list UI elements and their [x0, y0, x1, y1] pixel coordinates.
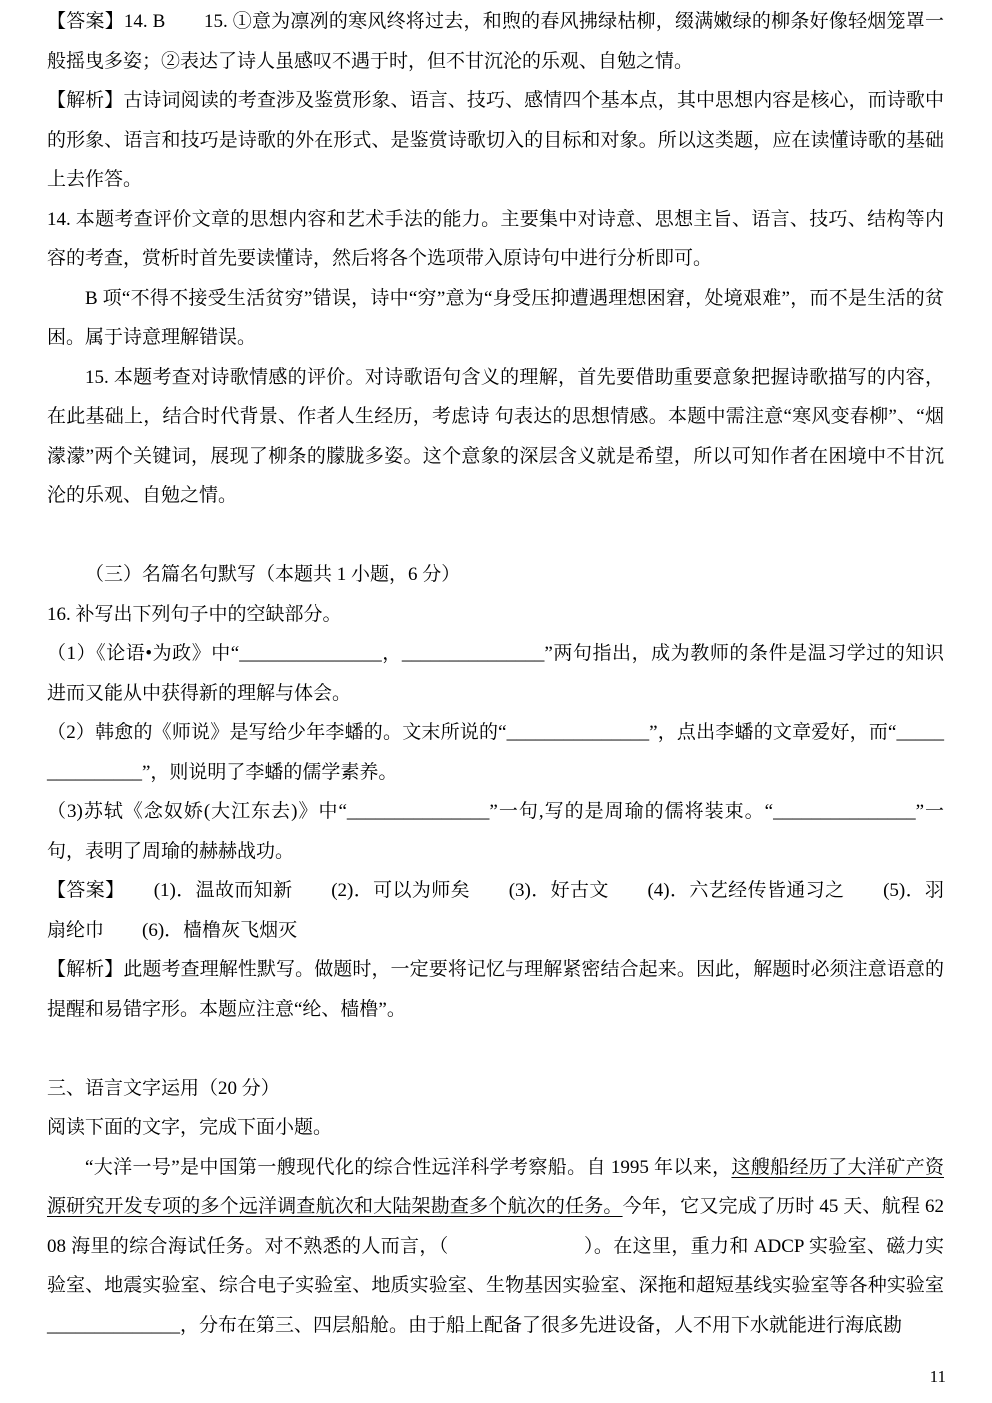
q16-item-2: （2）韩愈的《师说》是写给少年李蟠的。文末所说的“_______________…: [47, 713, 944, 792]
text-run: 三、语言文字运用（20 分）: [47, 1078, 280, 1099]
text-run: 14. 本题考查评价文章的思想内容和艺术手法的能力。主要集中对诗意、思想主旨、语…: [47, 209, 944, 270]
q16-item-3: （3)苏轼《念奴娇(大江东去)》中“_______________”一句,写的是…: [47, 792, 944, 871]
page-number: 11: [930, 1367, 946, 1387]
text-run: （三）名篇名句默写（本题共 1 小题，6 分）: [85, 564, 460, 585]
text-run: 【解析】古诗词阅读的考查涉及鉴赏形象、语言、技巧、感情四个基本点，其中思想内容是…: [47, 90, 944, 190]
section-3-heading: （三）名篇名句默写（本题共 1 小题，6 分）: [47, 555, 944, 595]
q16-item-1: （1）《论语•为政》中“_______________，____________…: [47, 634, 944, 713]
analysis-q14-option-b: B 项“不得不接受生活贫穷”错误，诗中“穷”意为“身受压抑遭遇理想困窘，处境艰难…: [47, 279, 944, 358]
text-run: B 项“不得不接受生活贫穷”错误，诗中“穷”意为“身受压抑遭遇理想困窘，处境艰难…: [47, 288, 944, 349]
text-run: 16. 补写出下列句子中的空缺部分。: [47, 604, 342, 625]
text-run: 【解析】此题考查理解性默写。做题时，一定要将记忆与理解紧密结合起来。因此，解题时…: [47, 959, 944, 1020]
text-run: “大洋一号”是中国第一艘现代化的综合性远洋科学考察船。自 1995 年以来，: [85, 1157, 731, 1178]
document-page: 【答案】14. B 15. ①意为凛冽的寒风终将过去，和煦的春风拂绿枯柳，缀满嫩…: [0, 0, 992, 1403]
reading-instruction: 阅读下面的文字，完成下面小题。: [47, 1108, 944, 1148]
document-body: 【答案】14. B 15. ①意为凛冽的寒风终将过去，和煦的春风拂绿枯柳，缀满嫩…: [47, 2, 944, 1345]
q16-stem: 16. 补写出下列句子中的空缺部分。: [47, 595, 944, 635]
analysis-overview: 【解析】古诗词阅读的考查涉及鉴赏形象、语言、技巧、感情四个基本点，其中思想内容是…: [47, 81, 944, 200]
text-run: （3)苏轼《念奴娇(大江东去)》中“_______________”一句,写的是…: [47, 801, 944, 862]
analysis-q14: 14. 本题考查评价文章的思想内容和艺术手法的能力。主要集中对诗意、思想主旨、语…: [47, 200, 944, 279]
text-run: ，分布在第三、四层船舱。由于船上配备了很多先进设备，人不用下水就能进行海底勘: [180, 1315, 902, 1336]
analysis-q15: 15. 本题考查对诗歌情感的评价。对诗歌语句含义的理解，首先要借助重要意象把握诗…: [47, 358, 944, 516]
section-language-heading: 三、语言文字运用（20 分）: [47, 1069, 944, 1109]
text-run: 【答案】14. B 15. ①意为凛冽的寒风终将过去，和煦的春风拂绿枯柳，缀满嫩…: [47, 11, 944, 72]
text-run: 15. 本题考查对诗歌情感的评价。对诗歌语句含义的理解，首先要借助重要意象把握诗…: [47, 367, 944, 507]
text-run: （1）《论语•为政》中“_______________，____________…: [47, 643, 944, 704]
answer-14-15: 【答案】14. B 15. ①意为凛冽的寒风终将过去，和煦的春风拂绿枯柳，缀满嫩…: [47, 2, 944, 81]
text-run: 阅读下面的文字，完成下面小题。: [47, 1117, 332, 1138]
passage-dayang-yihao: “大洋一号”是中国第一艘现代化的综合性远洋科学考察船。自 1995 年以来，这艘…: [47, 1148, 944, 1346]
text-run: （2）韩愈的《师说》是写给少年李蟠的。文末所说的“_______________…: [47, 722, 944, 783]
text-run: ______________: [47, 1315, 180, 1336]
spacer: [47, 516, 944, 556]
text-run: 【答案】 (1)．温故而知新 (2)．可以为师矣 (3)．好古文 (4)．六艺经…: [47, 880, 944, 941]
q16-answer: 【答案】 (1)．温故而知新 (2)．可以为师矣 (3)．好古文 (4)．六艺经…: [47, 871, 944, 950]
q16-analysis: 【解析】此题考查理解性默写。做题时，一定要将记忆与理解紧密结合起来。因此，解题时…: [47, 950, 944, 1029]
spacer: [47, 1029, 944, 1069]
